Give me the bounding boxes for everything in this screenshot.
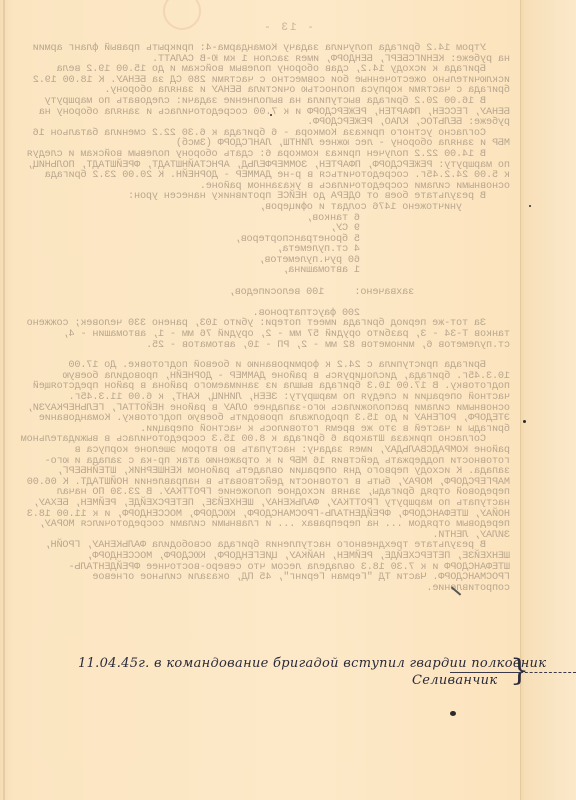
paragraph: Согласно приказа Штакора 6 бригада к 8.0… <box>18 435 510 541</box>
brace-icon: } <box>510 656 529 686</box>
ink-speck <box>450 711 456 716</box>
losses-intro: уничтожено 1476 солдат и офицеров, <box>18 203 510 214</box>
paragraph: Согласно устного приказа Комкора - 6 бри… <box>18 129 510 150</box>
paragraph: Бригада приступила с 24.2 к формированию… <box>18 361 510 435</box>
annotation-leader-line-dashed <box>520 672 576 673</box>
captured-label: захвачено: <box>324 288 414 299</box>
ink-speck <box>270 114 272 116</box>
paragraph: Утром 14.2 бригада получила задачу Коман… <box>18 44 510 65</box>
list-item: 6 танков, <box>18 214 360 225</box>
ink-speck <box>523 420 526 423</box>
losses-list: 6 танков, 9 СУ, 5 бронетранспортеров, 4 … <box>18 214 360 278</box>
ink-speck <box>529 205 531 207</box>
paragraph: В 16.00 20.2 бригада выступила на выполн… <box>18 97 510 129</box>
annotation-line-1: 11.04.45г. в командование бригадой вступ… <box>78 656 546 671</box>
own-losses: За тот-же период бригада имеет потери: у… <box>18 319 510 351</box>
typewritten-text: Утром 14.2 бригада получила задачу Коман… <box>18 44 510 594</box>
page-edge <box>3 0 5 800</box>
annotation-line-2: Селиванчик <box>412 673 497 688</box>
page-number: - 13 - <box>0 22 576 34</box>
paragraph: В результате трехдневного наступления бр… <box>18 541 510 594</box>
paragraph: Бригада к исходу 14.2, сдав оборону поле… <box>18 65 510 97</box>
captured-row: захвачено:100 велосипедов, <box>18 277 450 309</box>
annotation-leader-line <box>450 672 520 673</box>
list-item: 100 велосипедов, <box>229 287 324 298</box>
paragraph: В 14.00 22.2 получен приказ комкора 6: с… <box>18 150 510 192</box>
list-item: 1 автомашина, <box>18 266 360 277</box>
